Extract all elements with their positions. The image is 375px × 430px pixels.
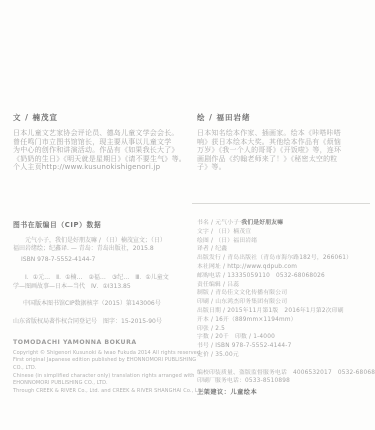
colophon-row: 本社网址 / http://www.qdpub.com [197,263,369,272]
colophon-row: 邮购电话 / 13335059110 0532-68068026 [197,272,369,281]
illustrator-bio-line: 万岁》《我一个人的哥哥》《开饭啦》等，连环 [197,146,369,155]
colophon-row: 出版发行 / 青岛出版社（青岛市海尔路182号，266061） [197,254,369,263]
right-column: 绘 / 福田岩绪 日本知名绘本作家、插画家。绘本《咔嗒咔嗒 响》获日本绘本大奖。… [197,113,369,397]
illustrator-bio-line: 日本知名绘本作家、插画家。绘本《咔嗒咔嗒 [197,129,369,138]
author-website: 个人主页http://www.kusunokishigenori.jp [13,163,189,172]
illustrator-header: 绘 / 福田岩绪 [197,113,369,123]
author-bio: 日本儿童文艺家协会评论员、德岛儿童文学会会长。 曾任鸣门市立图书馆馆长，现主要从… [13,129,189,172]
book-title-prefix: 书名 / 元气小子· [197,220,241,226]
printer-service-phone: 印刷厂服务电话：0533-8510898 [197,377,369,386]
colophon-row: 译者 / 纪鑫 [197,245,369,254]
copyright-line: First original Japanese edition publishe… [13,357,189,365]
colophon-row: 书号 / ISBN 978-7-5552-4144-7 [197,342,369,351]
cip-class-line: Ⅰ．①元… Ⅱ．①楠… ②福… ③纪… Ⅲ．①儿童文 [13,274,189,282]
copyright-line: Copyright © Shigenori Kusunoki & Iwao Fu… [13,350,189,358]
colophon-row: 定价 / 35.00元 [197,351,369,360]
book-title: 我们是好朋友嘛 [241,220,283,226]
cip-isbn: ISBN 978-7-5552-4144-7 [13,256,189,264]
colophon-row: 责任编辑 / 吕蕊 [197,281,369,290]
service-phones: 编校印装质量、盗版监督服务电话 4006532017 0532-68068638… [197,369,369,386]
copyright-line: Through CREEK & RIVER Co., Ltd. and CREE… [13,388,189,396]
copyright-notice: Copyright © Shigenori Kusunoki & Iwao Fu… [13,350,189,396]
shelf-suggestion: 上架建议：儿童绘本 [197,388,369,397]
copyright-line: CO., LTD. [13,365,189,373]
copyright-line: Chinese (in simplified character only) t… [13,373,189,381]
cip-class-line: 学—图画故事—日本—当代 Ⅳ．①I313.85 [13,283,189,291]
colophon-row: 绘图 / （日）福田岩绪 [197,237,369,246]
colophon-row: 字数 / 20千 印数 / 1-4000 [197,333,369,342]
left-column: 文 / 楠茂宣 日本儿童文艺家协会评论员、德岛儿童文学会会长。 曾任鸣门市立图书… [13,113,189,395]
illustrator-bio-line: 响》获日本绘本大奖。其他绘本作品有《烦恼 [197,138,369,147]
author-bio-line: 为中心的创作和讲演活动。作品有《如果我长大了》 [13,146,189,155]
illustrator-bio: 日本知名绘本作家、插画家。绘本《咔嗒咔嗒 响》获日本绘本大奖。其他绘本作品有《烦… [197,129,369,172]
copyright-registration-number: 山东省版权局著作权合同登记号 图字：15-2015-90号 [13,318,189,326]
cip-header: 图书在版编目（CIP）数据 [13,221,189,230]
cip-line: 福田岩绪绘；纪鑫译. — 青岛：青岛出版社，2015.8 [13,245,189,253]
original-title: TOMODACHI YAMONNA BOKURA [13,339,189,347]
cip-record-number: 中国版本图书馆CIP数据核字（2015）第143006号 [13,300,189,308]
colophon-row: 制版 / 青岛佳文文化传播有限公司 [197,289,369,298]
colophon-row: 出版日期 / 2015年11月第1版 2016年1月第2次印刷 [197,307,369,316]
cip-description: 元气小子，我们是好朋友嘛 / （日）楠茂宣文；（日） 福田岩绪绘；纪鑫译. — … [13,237,189,264]
copyright-line: EHONNOMORI PUBLISHING CO., LTD. [13,380,189,388]
colophon-row: 印刷 / 山东鸿杰印务集团有限公司 [197,298,369,307]
cip-classification: Ⅰ．①元… Ⅱ．①楠… ②福… ③纪… Ⅲ．①儿童文 学—图画故事—日本—当代 … [13,274,189,291]
quality-service-phone: 编校印装质量、盗版监督服务电话 4006532017 0532-68068638 [197,369,369,378]
author-bio-line: 日本儿童文艺家协会评论员、德岛儿童文学会会长。 [13,129,189,138]
colophon-row: 文字 / （日）楠茂宣 [197,228,369,237]
colophon: 书名 / 元气小子·我们是好朋友嘛 文字 / （日）楠茂宣 绘图 / （日）福田… [197,219,369,360]
author-header: 文 / 楠茂宣 [13,113,189,123]
colophon-row-title: 书名 / 元气小子·我们是好朋友嘛 [197,219,369,228]
author-bio-line: 曾任鸣门市立图书馆馆长，现主要从事以儿童文学 [13,138,189,147]
illustrator-bio-line: 子》等。 [197,163,369,172]
colophon-row: 开本 / 16开（889mm×1194mm） [197,316,369,325]
colophon-row: 印张 / 2.5 [197,325,369,334]
